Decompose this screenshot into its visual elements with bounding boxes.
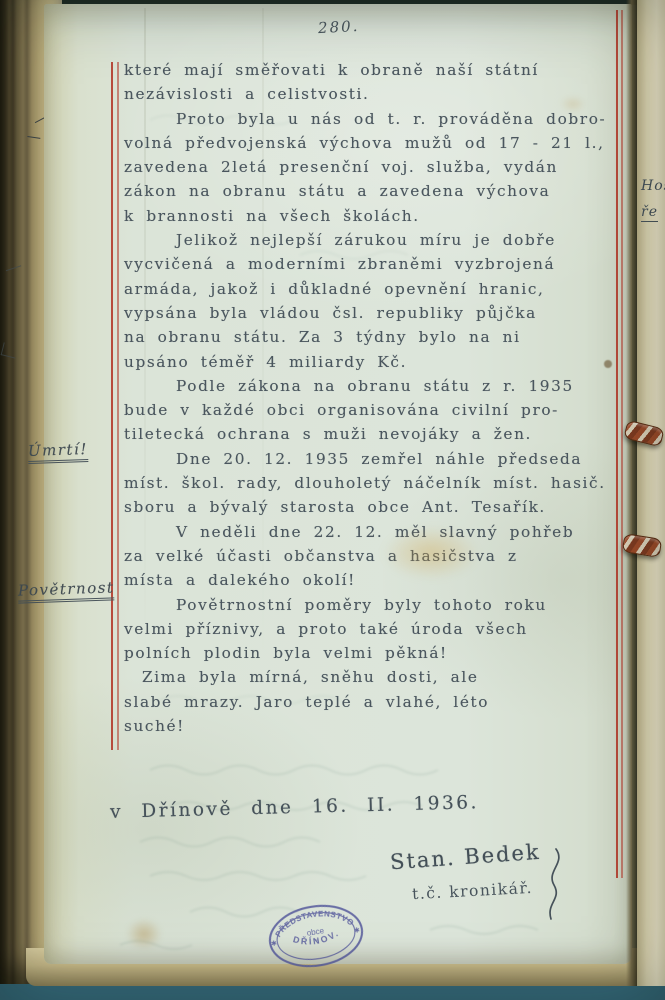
- handwriting-line: Proto byla u nás od t. r. prováděna dobr…: [124, 107, 610, 131]
- handwriting-line: zavedena 2letá presenční voj. služba, vy…: [124, 155, 610, 179]
- right-margin-rule: [616, 10, 618, 878]
- left-margin-rule: [117, 62, 119, 750]
- handwriting-line: tiletecká ochrana s muži nevojáky a žen.: [124, 422, 610, 446]
- next-page-margin-note: ře: [641, 204, 658, 222]
- handwriting-line: na obranu státu. Za 3 týdny bylo na ni: [124, 325, 610, 349]
- page-edge-mark: [1, 342, 19, 358]
- handwriting-line: bude v každé obci organisována civilní p…: [124, 398, 610, 422]
- handwriting-line: V neděli dne 22. 12. měl slavný pohřeb: [124, 520, 610, 544]
- handwriting-line: zákon na obranu státu a zavedena výchova: [124, 179, 610, 203]
- page-edge-mark: [27, 127, 41, 139]
- handwriting-line: Povětrnostní poměry byly tohoto roku: [124, 593, 610, 617]
- handwriting-line: upsáno téměř 4 miliardy Kč.: [124, 350, 610, 374]
- handwriting-line: Podle zákona na obranu státu z r. 1935: [124, 374, 610, 398]
- handwriting-line: míst. škol. rady, dlouholetý náčelník mí…: [124, 471, 610, 495]
- handwriting-line: nezávislosti a celistvosti.: [124, 82, 610, 106]
- handwriting-line: sboru a bývalý starosta obce Ant. Tesaří…: [124, 495, 610, 519]
- handwriting-line: vycvičená a moderními zbraněmi vyzbrojen…: [124, 252, 610, 276]
- handwriting-line: Zima byla mírná, sněhu dosti, ale: [124, 665, 610, 689]
- margin-note-umrti: Úmrtí!: [28, 440, 89, 464]
- chronicle-scan: 280. které mají směřovati k obraně naší …: [0, 0, 665, 1000]
- handwriting-line: armáda, jakož i důkladné opevnění hranic…: [124, 277, 610, 301]
- next-page-edge: Hosp ře: [637, 0, 665, 986]
- handwriting-line: slabé mrazy. Jaro teplé a vlahé, léto: [124, 690, 610, 714]
- next-page-margin-note: Hosp: [641, 178, 665, 194]
- handwriting-body: které mají směřovati k obraně naší státn…: [124, 58, 610, 738]
- handwriting-line: Dne 20. 12. 1935 zemřel náhle předseda: [124, 447, 610, 471]
- municipal-stamp: PŘEDSTAVENSTVO DŘÍNOV. obce ⸗⸗ ✱ ✱: [259, 890, 374, 981]
- signature-flourish: [540, 845, 574, 925]
- handwriting-line: volná předvojenská výchova mužů od 17 - …: [124, 131, 610, 155]
- right-margin-rule: [621, 10, 623, 878]
- handwriting-line: za velké účasti občanstva a hasičstva z: [124, 544, 610, 568]
- handwriting-line: místa a dalekého okolí!: [124, 568, 610, 592]
- handwriting-line: polních plodin byla velmi pěkná!: [124, 641, 610, 665]
- handwriting-line: vypsána byla vládou čsl. republiky půjčk…: [124, 301, 610, 325]
- handwriting-line: velmi příznivy, a proto také úroda všech: [124, 617, 610, 641]
- page-edge-mark: [3, 256, 22, 271]
- page-number: 280.: [318, 17, 360, 37]
- handwriting-line: k brannosti na všech školách.: [124, 204, 610, 228]
- stamp-star-right: ✱: [353, 925, 360, 935]
- margin-note-povetrnost: Povětrnost: [18, 578, 115, 603]
- handwriting-line: Jelikož nejlepší zárukou míru je dobře: [124, 228, 610, 252]
- left-margin-rule: [111, 62, 113, 750]
- handwriting-line: které mají směřovati k obraně naší státn…: [124, 58, 610, 82]
- handwriting-line: suché!: [124, 714, 610, 738]
